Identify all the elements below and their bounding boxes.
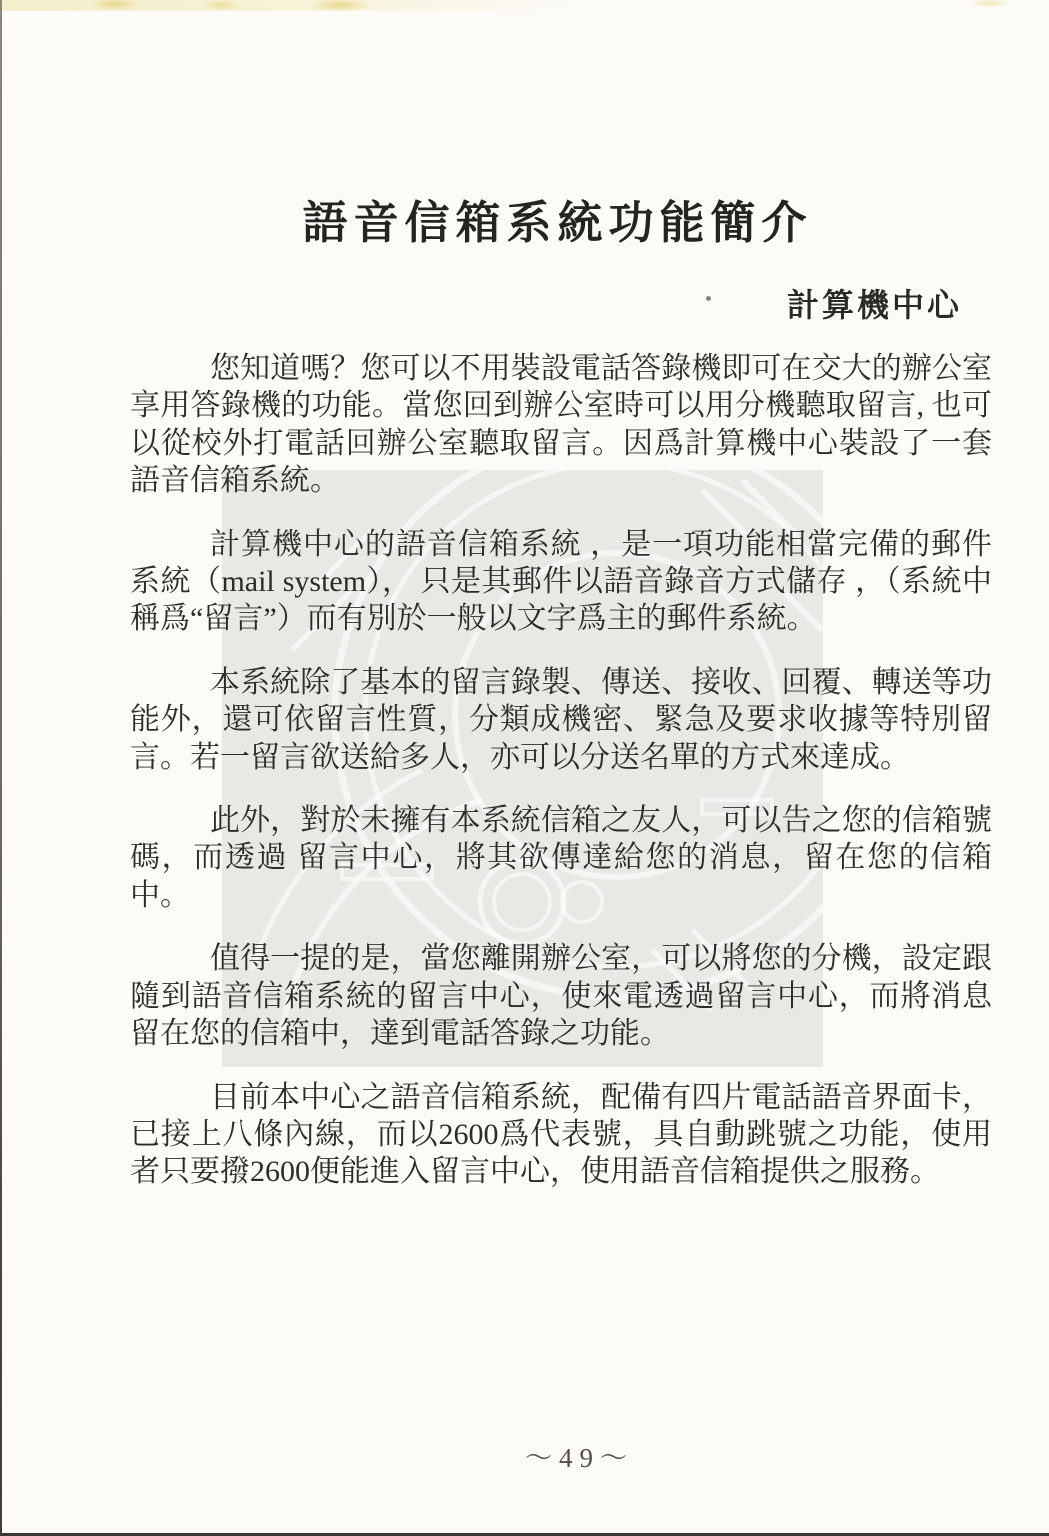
byline: 計算機中心 xyxy=(787,280,962,326)
latin-text-segment: 2600 xyxy=(250,1155,310,1188)
scan-edge-top xyxy=(0,0,1049,11)
cjk-text-segment: 本系統除了基本的留言錄製、傳送、接收、回覆、轉送等功能外，還可依留言性質，分類成… xyxy=(130,666,992,774)
page-title: 語音信箱系統功能簡介 xyxy=(33,186,1049,251)
scan-speck xyxy=(706,296,711,301)
page-number: ～49～ xyxy=(55,1436,1049,1475)
document-body: 您知道嗎？您可以不用裝設電話答錄機即可在交大的辦公室享用答錄機的功能。當您回到辦… xyxy=(130,350,992,1217)
scan-edge-left xyxy=(0,0,2,1536)
cjk-text-segment: 您知道嗎？您可以不用裝設電話答錄機即可在交大的辦公室享用答錄機的功能。當您回到辦… xyxy=(130,352,992,497)
cjk-text-segment: 便能進入留言中心，使用語音信箱提供之服務。 xyxy=(310,1155,940,1188)
paragraph: 您知道嗎？您可以不用裝設電話答錄機即可在交大的辦公室享用答錄機的功能。當您回到辦… xyxy=(130,350,992,500)
latin-text-segment: 2600 xyxy=(438,1118,498,1151)
paragraph: 計算機中心的語音信箱系統 ，是一項功能相當完備的郵件系統（mail system… xyxy=(130,526,992,638)
latin-text-segment: mail system xyxy=(221,565,366,598)
paragraph: 目前本中心之語音信箱系統，配備有四片電話語音界面卡，已接上八條內線，而以2600… xyxy=(130,1079,992,1191)
paragraph: 此外，對於未擁有本系統信箱之友人，可以告之您的信箱號碼，而透過 留言中心，將其欲… xyxy=(130,802,992,914)
document-page: 語音信箱系統功能簡介 計算機中心 您知道嗎？您可以不用裝設電話答錄機即可在交大的… xyxy=(0,0,1049,1536)
cjk-text-segment: 此外，對於未擁有本系統信箱之友人，可以告之您的信箱號碼，而透過 留言中心，將其欲… xyxy=(130,804,992,912)
paragraph: 本系統除了基本的留言錄製、傳送、接收、回覆、轉送等功能外，還可依留言性質，分類成… xyxy=(130,664,992,776)
cjk-text-segment: 值得一提的是，當您離開辦公室，可以將您的分機，設定跟隨到語音信箱系統的留言中心，… xyxy=(130,942,992,1050)
paragraph: 值得一提的是，當您離開辦公室，可以將您的分機，設定跟隨到語音信箱系統的留言中心，… xyxy=(130,940,992,1052)
